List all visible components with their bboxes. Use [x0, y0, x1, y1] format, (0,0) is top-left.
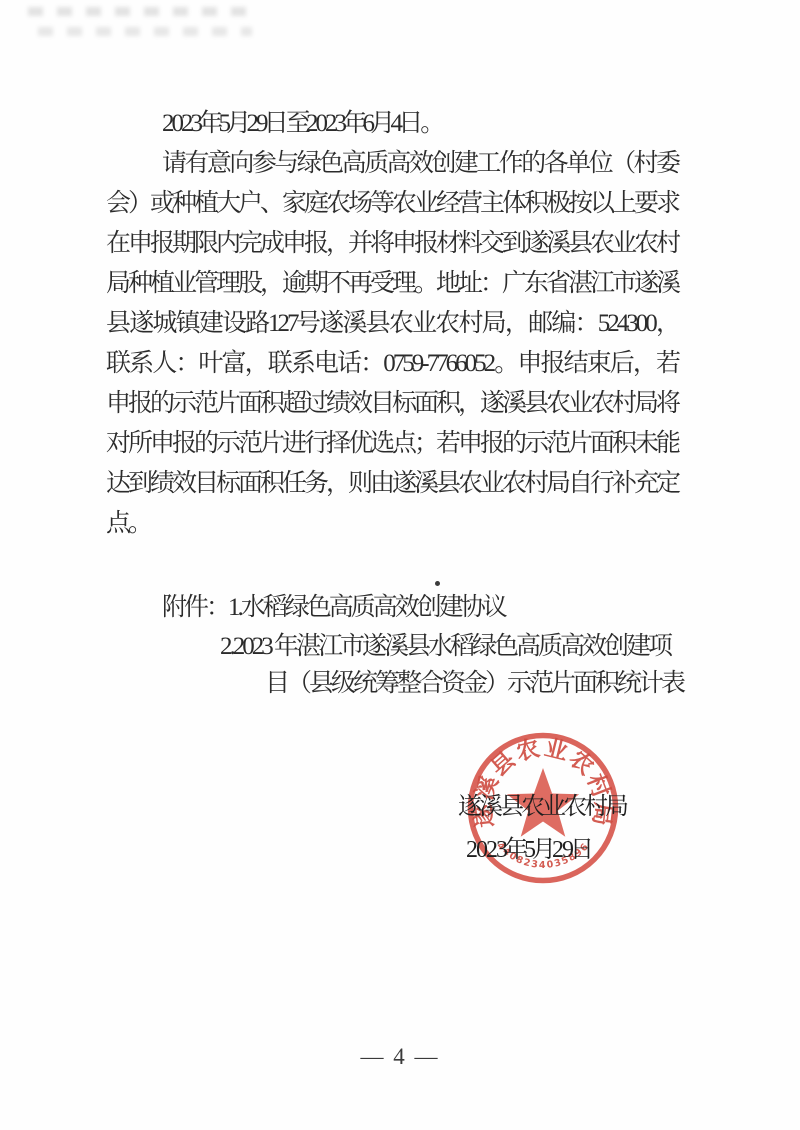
attachment-line-2: 2.2023 年湛江市遂溪县水稻绿色高质高效创建项	[220, 627, 670, 667]
body-line: 会）或种植大户、家庭农场等农业经营主体积极按以上要求	[106, 184, 678, 224]
body-line: 在申报期限内完成申报，并将申报材料交到遂溪县农业农村	[106, 224, 678, 264]
body-paragraph: 2023 年 5 月 29 日至 2023 年 6 月 4 日。 请有意向参与绿…	[106, 104, 678, 544]
ink-bleed-artifact	[28, 7, 260, 16]
ink-bleed-artifact	[38, 27, 252, 36]
attachment-line-1: 附件：1.水稻绿色高质高效创建协议	[162, 588, 505, 628]
body-line: 点。	[106, 504, 678, 544]
stray-ink-dot	[435, 581, 440, 586]
scanned-document-page: 2023 年 5 月 29 日至 2023 年 6 月 4 日。 请有意向参与绿…	[0, 0, 800, 1130]
body-line: 局种植业管理股，逾期不再受理。地址：广东省湛江市遂溪	[106, 264, 678, 304]
signature-date: 2023 年 5 月 29 日	[466, 832, 592, 868]
body-line: 2023 年 5 月 29 日至 2023 年 6 月 4 日。	[106, 104, 678, 144]
body-line: 请有意向参与绿色高质高效创建工作的各单位（村委	[106, 144, 678, 184]
page-number: — 4 —	[0, 1044, 800, 1070]
signature-org: 遂溪县农业农村局	[458, 789, 626, 825]
body-line: 申报的示范片面积超过绩效目标面积，遂溪县农业农村局将	[106, 384, 678, 424]
body-line: 达到绩效目标面积任务，则由遂溪县农业农村局自行补充定	[106, 464, 678, 504]
body-line: 县遂城镇建设路 127 号遂溪县农业农村局，邮编：524300，	[106, 304, 678, 344]
body-line: 对所申报的示范片进行择优选点；若申报的示范片面积未能	[106, 424, 678, 464]
attachment-line-3: 目（县级统筹整合资金）示范片面积统计表	[265, 664, 683, 704]
body-line: 联系人：叶富，联系电话：0759-7766052。申报结束后，若	[106, 344, 678, 384]
